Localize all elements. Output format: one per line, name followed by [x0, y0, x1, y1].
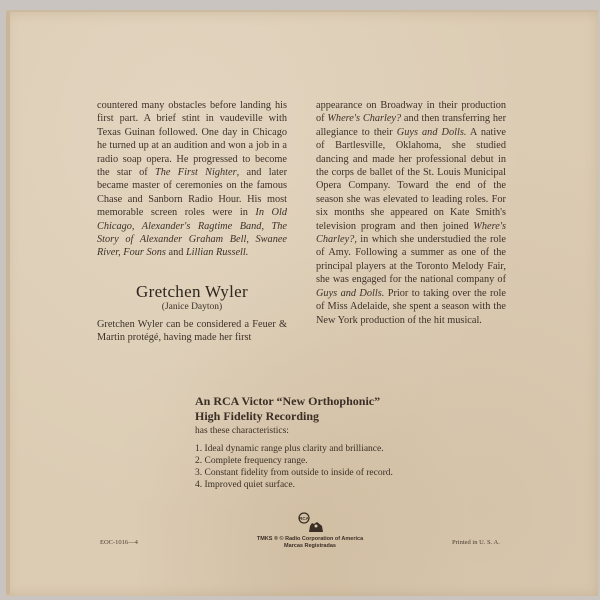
trademark-line2: Marcas Registradas: [245, 543, 375, 550]
body-text: and: [166, 247, 186, 258]
rca-recording-notice: An RCA Victor “New Orthophonic” High Fid…: [195, 394, 515, 491]
rca-characteristics-list: 1. Ideal dynamic range plus clarity and …: [195, 443, 515, 491]
list-item: 3. Constant fidelity from outside to ins…: [195, 467, 515, 479]
svg-text:RCA: RCA: [299, 516, 309, 521]
italic-title-text: Guys and Dolls.: [397, 127, 467, 138]
record-sleeve-back: [6, 10, 598, 596]
bio-paragraph-continued: countered many obstacles before landing …: [97, 99, 287, 260]
catalog-number: EOC-1016—4: [100, 539, 138, 546]
bio-paragraph-gretchen: Gretchen Wyler can be considered a Feuer…: [97, 318, 287, 345]
italic-title-text: Where's Charley?: [327, 113, 401, 124]
italic-title-text: The First Nighter: [155, 167, 237, 178]
italic-title-text: Lillian Russell.: [186, 247, 248, 258]
section-heading-gretchen-wyler: Gretchen Wyler: [97, 282, 287, 302]
trademark-line1: TMKS ® © Radio Corporation of America: [245, 536, 375, 543]
bio-paragraph-gretchen-continued: appearance on Broadway in their producti…: [316, 99, 506, 327]
body-text: A native of Bartlesville, Oklahoma, she …: [316, 127, 506, 232]
rca-intro: has these characteristics:: [195, 425, 515, 437]
italic-title-text: Guys and Dolls.: [316, 288, 384, 299]
rca-nipper-logo-icon: RCA: [295, 512, 325, 534]
section-subheading-role: (Janice Dayton): [97, 302, 287, 313]
printed-in-usa: Printed in U. S. A.: [452, 539, 500, 546]
list-item: 1. Ideal dynamic range plus clarity and …: [195, 443, 515, 455]
list-item: 2. Complete frequency range.: [195, 455, 515, 467]
list-item: 4. Improved quiet surface.: [195, 479, 515, 491]
right-text-column: appearance on Broadway in their producti…: [316, 99, 506, 327]
rca-heading-line1: An RCA Victor “New Orthophonic”: [195, 394, 515, 409]
left-text-column: countered many obstacles before landing …: [97, 99, 287, 345]
sleeve-spine-edge: [6, 12, 10, 594]
rca-heading-line2: High Fidelity Recording: [195, 409, 515, 424]
trademark-notice: RCA TMKS ® © Radio Corporation of Americ…: [245, 512, 375, 550]
